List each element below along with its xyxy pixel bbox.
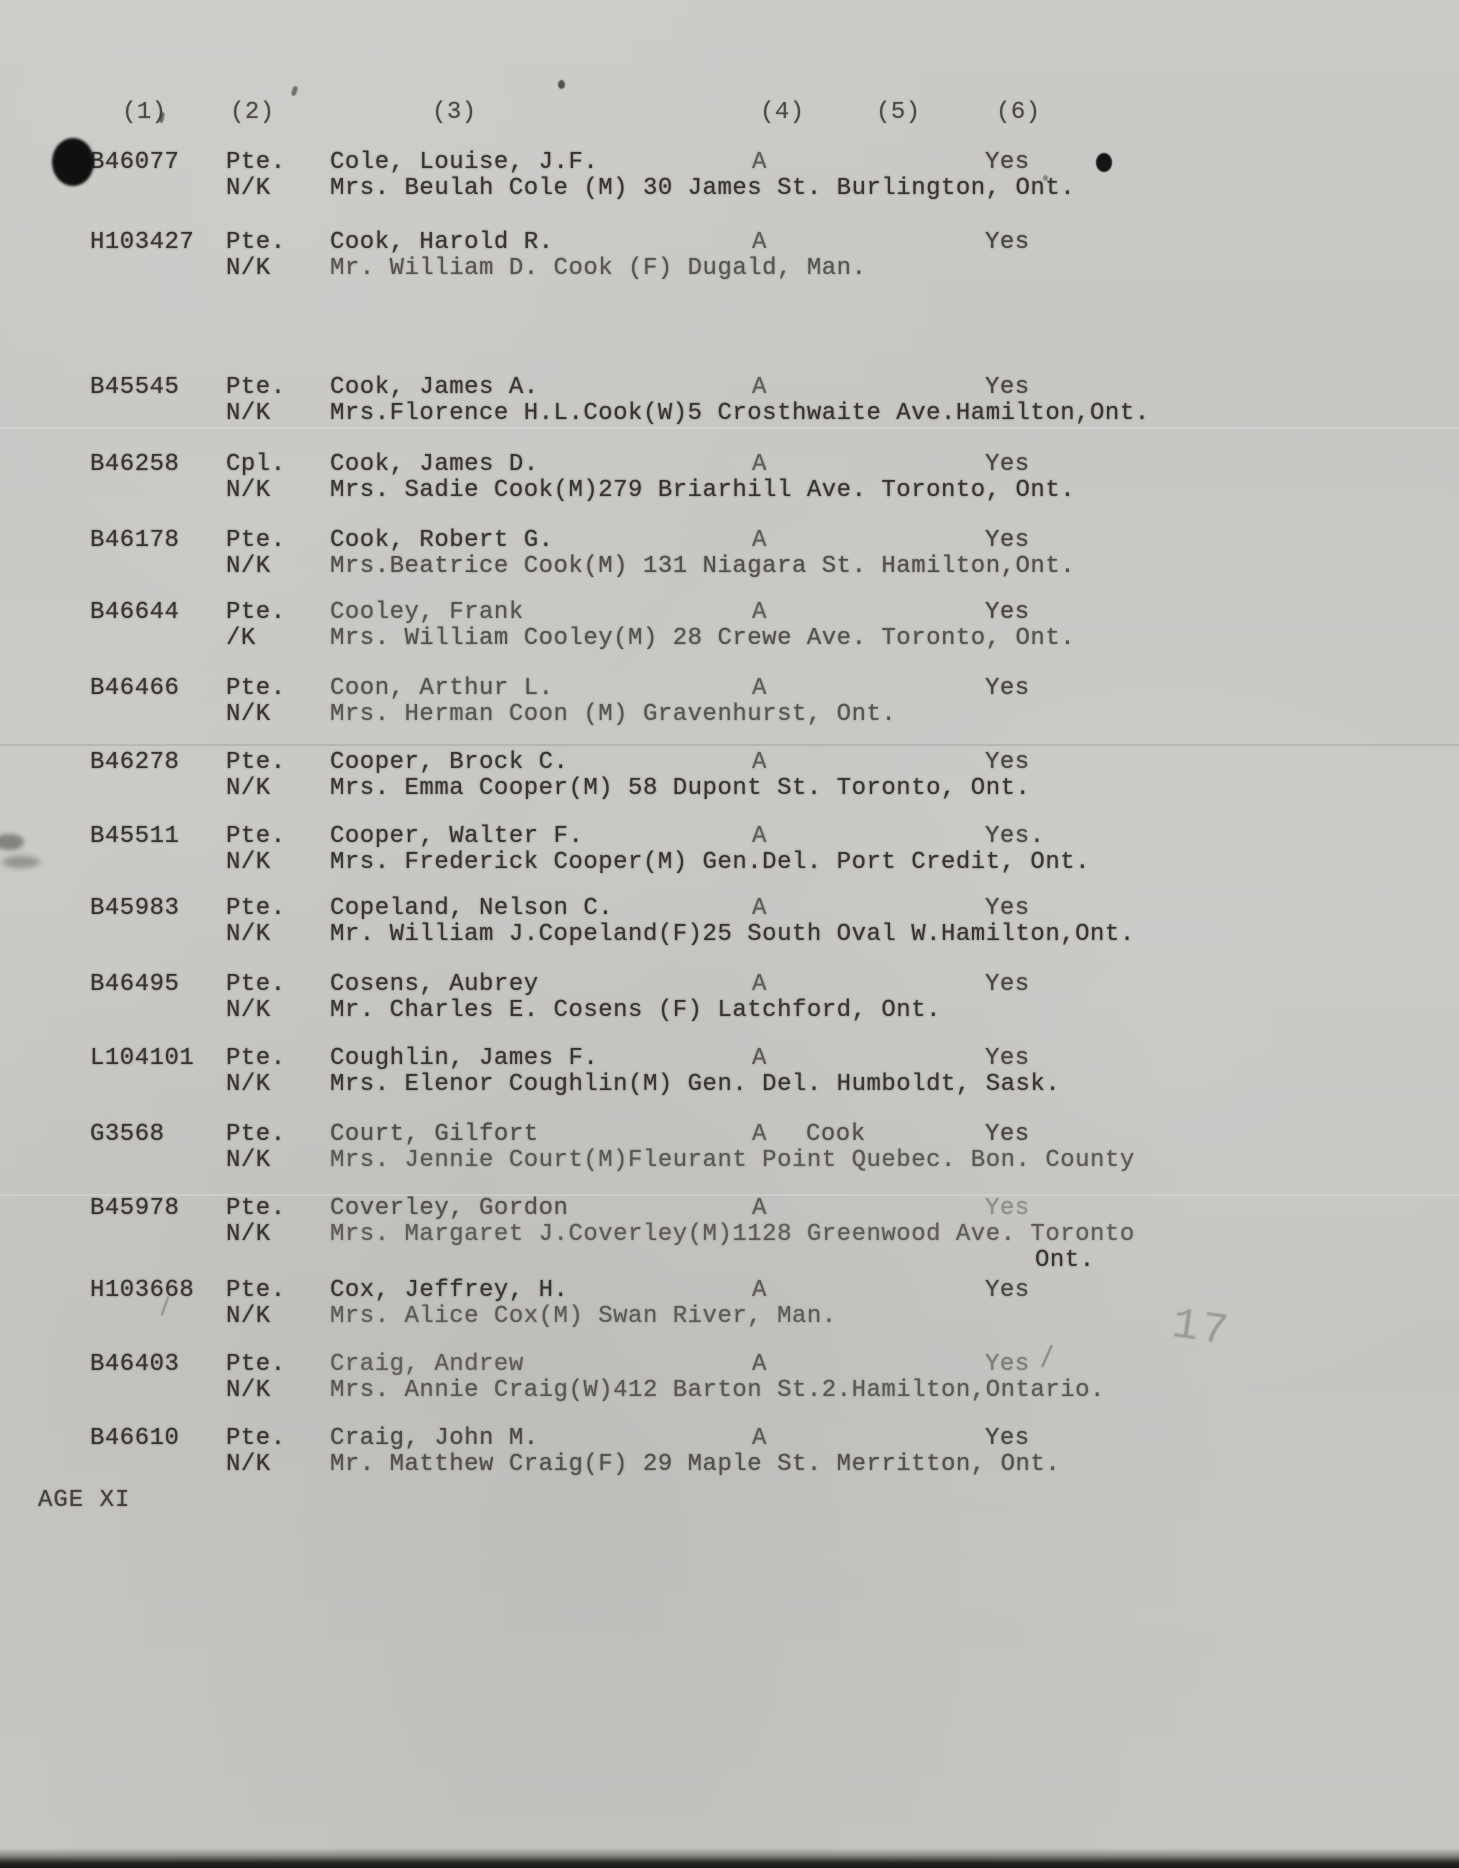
nk-label: N/K bbox=[226, 1304, 271, 1330]
soldier-name: Cook, James A. bbox=[330, 375, 539, 401]
scan-bottom-edge bbox=[0, 1848, 1459, 1868]
scan-band-artifact bbox=[0, 1194, 1459, 1196]
flag-yes: Yes bbox=[985, 1196, 1030, 1222]
service-number: B45983 bbox=[90, 896, 179, 922]
service-number: B45511 bbox=[90, 824, 179, 850]
soldier-name: Copeland, Nelson C. bbox=[330, 896, 613, 922]
nk-label: N/K bbox=[226, 1452, 271, 1478]
ink-dot-artifact bbox=[1096, 153, 1112, 172]
status-code: A bbox=[752, 230, 767, 256]
service-number: B45978 bbox=[90, 1196, 179, 1222]
flag-yes: Yes bbox=[985, 375, 1030, 401]
flag-yes: Yes bbox=[985, 896, 1030, 922]
speck-artifact bbox=[558, 80, 565, 89]
flag-yes: Yes bbox=[985, 230, 1030, 256]
nk-label: N/K bbox=[226, 1378, 271, 1404]
nk-label: N/K bbox=[226, 702, 271, 728]
status-code: A bbox=[752, 972, 767, 998]
service-number: B46644 bbox=[90, 600, 179, 626]
status-code: A bbox=[752, 600, 767, 626]
soldier-name: Cooper, Walter F. bbox=[330, 824, 583, 850]
soldier-name: Cooley, Frank bbox=[330, 600, 524, 626]
roster-entry: B45511 Pte. Cooper, Walter F. A Yes. N/K… bbox=[0, 824, 1459, 878]
service-number: B46258 bbox=[90, 452, 179, 478]
next-of-kin: Mr. William J.Copeland(F)25 South Oval W… bbox=[330, 922, 1135, 948]
next-of-kin: Mrs. Jennie Court(M)Fleurant Point Quebe… bbox=[330, 1148, 1135, 1174]
status-code: A bbox=[752, 1046, 767, 1072]
scan-band-artifact bbox=[0, 427, 1459, 429]
flag-yes: Yes bbox=[985, 528, 1030, 554]
column-header-3: (3) bbox=[432, 100, 477, 126]
rank: Pte. bbox=[226, 1122, 286, 1148]
status-code: A bbox=[752, 1352, 767, 1378]
service-number: H103668 bbox=[90, 1278, 194, 1304]
rank: Pte. bbox=[226, 230, 286, 256]
next-of-kin: Mrs. Emma Cooper(M) 58 Dupont St. Toront… bbox=[330, 776, 1030, 802]
flag-yes: Yes bbox=[985, 1122, 1030, 1148]
roster-entry: B45978 Pte. Coverley, Gordon A Yes N/K M… bbox=[0, 1196, 1459, 1250]
speck-artifact bbox=[1043, 175, 1048, 181]
nk-label: N/K bbox=[226, 922, 271, 948]
roster-entry: H103427 Pte. Cook, Harold R. A Yes N/K M… bbox=[0, 230, 1459, 284]
nk-label: N/K bbox=[226, 401, 271, 427]
rank: Pte. bbox=[226, 1046, 286, 1072]
service-number: H103427 bbox=[90, 230, 194, 256]
service-number: B46466 bbox=[90, 676, 179, 702]
status-code: A bbox=[752, 452, 767, 478]
roster-entry: B46466 Pte. Coon, Arthur L. A Yes N/K Mr… bbox=[0, 676, 1459, 730]
nk-label: N/K bbox=[226, 998, 271, 1024]
status-code: A bbox=[752, 1426, 767, 1452]
soldier-name: Cook, James D. bbox=[330, 452, 539, 478]
flag-yes: Yes bbox=[985, 676, 1030, 702]
column-header-2: (2) bbox=[230, 100, 275, 126]
rank: Pte. bbox=[226, 600, 286, 626]
status-code: A bbox=[752, 750, 767, 776]
flag-yes: Yes bbox=[985, 452, 1030, 478]
service-number: B46403 bbox=[90, 1352, 179, 1378]
roster-entry: B46278 Pte. Cooper, Brock C. A Yes N/K M… bbox=[0, 750, 1459, 804]
nk-label: N/K bbox=[226, 1222, 271, 1248]
soldier-name: Craig, Andrew bbox=[330, 1352, 524, 1378]
next-of-kin: Mrs.Beatrice Cook(M) 131 Niagara St. Ham… bbox=[330, 554, 1075, 580]
flag-yes: Yes bbox=[985, 972, 1030, 998]
next-of-kin: Mrs. Beulah Cole (M) 30 James St. Burlin… bbox=[330, 176, 1075, 202]
next-of-kin: Mrs. Annie Craig(W)412 Barton St.2.Hamil… bbox=[330, 1378, 1105, 1404]
flag-yes: Yes bbox=[985, 1278, 1030, 1304]
service-number: B46495 bbox=[90, 972, 179, 998]
soldier-name: Cook, Robert G. bbox=[330, 528, 554, 554]
rank: Pte. bbox=[226, 150, 286, 176]
nk-label: N/K bbox=[226, 776, 271, 802]
next-of-kin: Mrs. Herman Coon (M) Gravenhurst, Ont. bbox=[330, 702, 896, 728]
rank: Pte. bbox=[226, 528, 286, 554]
roster-entry: B45983 Pte. Copeland, Nelson C. A Yes N/… bbox=[0, 896, 1459, 950]
flag-yes: Yes bbox=[985, 1046, 1030, 1072]
next-of-kin: Mrs. William Cooley(M) 28 Crewe Ave. Tor… bbox=[330, 626, 1075, 652]
next-of-kin-continuation: Ont. bbox=[1035, 1248, 1095, 1274]
nk-label: N/K bbox=[226, 256, 271, 282]
status-code: A bbox=[752, 375, 767, 401]
flag-yes: Yes bbox=[985, 150, 1030, 176]
next-of-kin: Mrs. Frederick Cooper(M) Gen.Del. Port C… bbox=[330, 850, 1090, 876]
flag-yes: Yes bbox=[985, 600, 1030, 626]
nk-label: N/K bbox=[226, 1148, 271, 1174]
punch-hole-artifact bbox=[52, 138, 94, 186]
column-header-4: (4) bbox=[760, 100, 805, 126]
rank: Pte. bbox=[226, 1278, 286, 1304]
nk-label: N/K bbox=[226, 1072, 271, 1098]
flag-yes: Yes bbox=[985, 1426, 1030, 1452]
status-code: A bbox=[752, 676, 767, 702]
roster-entry: B46403 Pte. Craig, Andrew A Yes N/K Mrs.… bbox=[0, 1352, 1459, 1406]
smudge-artifact bbox=[2, 856, 40, 868]
soldier-name: Cosens, Aubrey bbox=[330, 972, 539, 998]
next-of-kin: Mrs. Alice Cox(M) Swan River, Man. bbox=[330, 1304, 837, 1330]
soldier-name: Cooper, Brock C. bbox=[330, 750, 568, 776]
roster-entry: B46644 Pte. Cooley, Frank A Yes /K Mrs. … bbox=[0, 600, 1459, 654]
status-code: A bbox=[752, 896, 767, 922]
roster-entry: B46258 Cpl. Cook, James D. A Yes N/K Mrs… bbox=[0, 452, 1459, 506]
rank: Pte. bbox=[226, 676, 286, 702]
flag-yes: Yes bbox=[985, 1352, 1030, 1378]
rank: Pte. bbox=[226, 1426, 286, 1452]
next-of-kin: Mrs. Sadie Cook(M)279 Briarhill Ave. Tor… bbox=[330, 478, 1075, 504]
nk-label: N/K bbox=[226, 478, 271, 504]
status-code: A bbox=[752, 528, 767, 554]
rank: Pte. bbox=[226, 1196, 286, 1222]
service-number: L104101 bbox=[90, 1046, 194, 1072]
service-number: B46178 bbox=[90, 528, 179, 554]
roster-entry: B46178 Pte. Cook, Robert G. A Yes N/K Mr… bbox=[0, 528, 1459, 582]
scanned-roster-page: (1) (2) (3) (4) (5) (6) B46077 Pte. Cole… bbox=[0, 0, 1459, 1868]
soldier-name: Coon, Arthur L. bbox=[330, 676, 554, 702]
roster-entry: H103668 Pte. Cox, Jeffrey, H. A Yes N/K … bbox=[0, 1278, 1459, 1332]
status-code: A bbox=[752, 150, 767, 176]
rank: Pte. bbox=[226, 1352, 286, 1378]
status-code: A bbox=[752, 1122, 767, 1148]
status-code: A bbox=[752, 1278, 767, 1304]
service-number: G3568 bbox=[90, 1122, 165, 1148]
soldier-name: Cole, Louise, J.F. bbox=[330, 150, 598, 176]
handwritten-mark: 17 bbox=[1170, 1312, 1232, 1346]
roster-entry: B46495 Pte. Cosens, Aubrey A Yes N/K Mr.… bbox=[0, 972, 1459, 1026]
status-code: A bbox=[752, 1196, 767, 1222]
soldier-name: Coverley, Gordon bbox=[330, 1196, 568, 1222]
speck-artifact bbox=[291, 85, 299, 96]
roster-entry: G3568 Pte. Court, Gilfort A Cook Yes N/K… bbox=[0, 1122, 1459, 1176]
next-of-kin: Mr. Charles E. Cosens (F) Latchford, Ont… bbox=[330, 998, 941, 1024]
nk-label: N/K bbox=[226, 850, 271, 876]
soldier-name: Court, Gilfort bbox=[330, 1122, 539, 1148]
nk-label: /K bbox=[226, 626, 256, 652]
rank: Pte. bbox=[226, 896, 286, 922]
scan-band-artifact bbox=[0, 744, 1459, 746]
page-number-label: AGE XI bbox=[38, 1488, 130, 1514]
service-number: B46610 bbox=[90, 1426, 179, 1452]
status-code: A bbox=[752, 824, 767, 850]
rank: Cpl. bbox=[226, 452, 286, 478]
nk-label: N/K bbox=[226, 554, 271, 580]
soldier-name: Cook, Harold R. bbox=[330, 230, 554, 256]
flag-yes: Yes. bbox=[985, 824, 1045, 850]
roster-entry: B46610 Pte. Craig, John M. A Yes N/K Mr.… bbox=[0, 1426, 1459, 1480]
rank: Pte. bbox=[226, 972, 286, 998]
service-number: B46278 bbox=[90, 750, 179, 776]
soldier-name: Craig, John M. bbox=[330, 1426, 539, 1452]
rank: Pte. bbox=[226, 824, 286, 850]
flag-yes: Yes bbox=[985, 750, 1030, 776]
roster-entry: B45545 Pte. Cook, James A. A Yes N/K Mrs… bbox=[0, 375, 1459, 429]
column-header-5: (5) bbox=[876, 100, 921, 126]
next-of-kin: Mrs. Elenor Coughlin(M) Gen. Del. Humbol… bbox=[330, 1072, 1060, 1098]
trade: Cook bbox=[806, 1122, 866, 1148]
next-of-kin: Mrs. Margaret J.Coverley(M)1128 Greenwoo… bbox=[330, 1222, 1135, 1248]
column-header-6: (6) bbox=[996, 100, 1041, 126]
next-of-kin: Mr. William D. Cook (F) Dugald, Man. bbox=[330, 256, 866, 282]
soldier-name: Cox, Jeffrey, H. bbox=[330, 1278, 568, 1304]
rank: Pte. bbox=[226, 750, 286, 776]
soldier-name: Coughlin, James F. bbox=[330, 1046, 598, 1072]
service-number: B45545 bbox=[90, 375, 179, 401]
nk-label: N/K bbox=[226, 176, 271, 202]
roster-entry: L104101 Pte. Coughlin, James F. A Yes N/… bbox=[0, 1046, 1459, 1100]
rank: Pte. bbox=[226, 375, 286, 401]
service-number: B46077 bbox=[90, 150, 179, 176]
next-of-kin: Mr. Matthew Craig(F) 29 Maple St. Merrit… bbox=[330, 1452, 1060, 1478]
next-of-kin: Mrs.Florence H.L.Cook(W)5 Crosthwaite Av… bbox=[330, 401, 1150, 427]
roster-entry: B46077 Pte. Cole, Louise, J.F. A Yes N/K… bbox=[0, 150, 1459, 204]
